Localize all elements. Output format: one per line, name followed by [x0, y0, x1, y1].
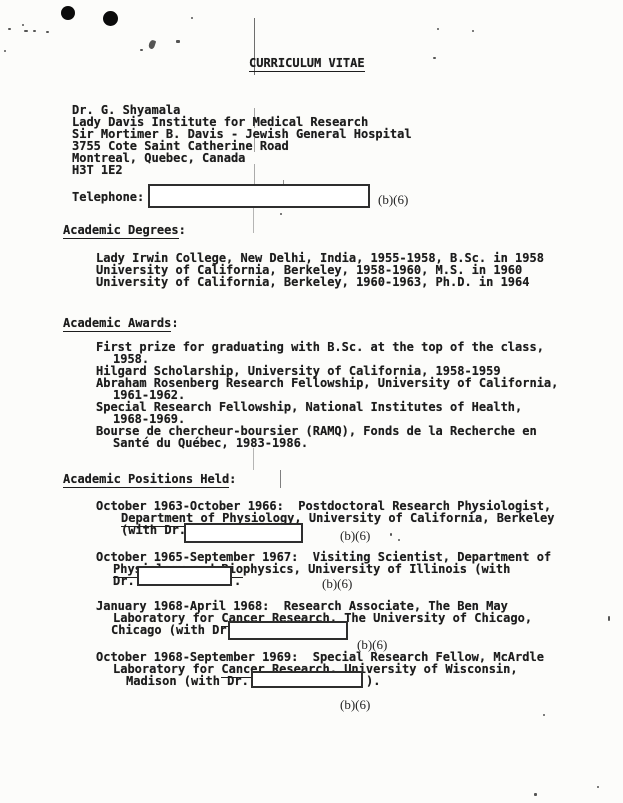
scan-speck	[140, 49, 143, 51]
scan-speck	[433, 57, 436, 59]
redaction-box	[251, 671, 363, 688]
scan-speck	[472, 30, 474, 32]
redaction-box	[148, 184, 370, 208]
document-title: CURRICULUM VITAE	[249, 57, 365, 69]
fold-crease-line	[280, 470, 281, 488]
scan-speck	[543, 714, 545, 716]
scan-speck	[24, 30, 28, 32]
redaction-box	[137, 566, 232, 586]
ink-blob-dot	[61, 6, 75, 20]
scan-speck	[191, 17, 193, 19]
award-entry: First prize for graduating with B.Sc. at…	[96, 341, 544, 353]
cv-document-page: CURRICULUM VITAEDr. G. ShyamalaLady Davi…	[0, 0, 623, 803]
position-entry-continuation: (with Dr.	[121, 524, 186, 536]
position-entry-continuation: Chicago (with Dr	[111, 624, 227, 636]
scan-speck	[176, 40, 180, 43]
foia-exemption-stamp: (b)(6)	[322, 577, 352, 590]
section-heading-awards: Academic Awards:	[63, 317, 179, 329]
award-entry-continuation: Santé du Québec, 1983-1986.	[113, 437, 308, 449]
telephone-label: Telephone:	[72, 191, 144, 203]
fold-crease-line	[253, 448, 254, 470]
degree-entry: University of California, Berkeley, 1960…	[96, 276, 529, 288]
redaction-box	[228, 621, 348, 640]
scan-speck	[608, 616, 610, 621]
redaction-box	[184, 523, 303, 543]
scan-speck	[398, 539, 400, 541]
foia-exemption-stamp: (b)(6)	[357, 638, 387, 651]
scan-speck	[280, 213, 282, 215]
address-line: H3T 1E2	[72, 164, 123, 176]
fold-crease-line	[254, 164, 255, 186]
foia-exemption-stamp: (b)(6)	[340, 529, 370, 542]
scan-speck	[148, 39, 156, 49]
section-heading-positions: Academic Positions Held:	[63, 473, 236, 485]
foia-exemption-stamp: (b)(6)	[340, 698, 370, 711]
position-entry-continuation: Madison (with Dr.	[126, 675, 249, 687]
scan-speck	[597, 786, 599, 788]
scan-speck	[4, 50, 6, 52]
scan-speck	[437, 28, 439, 30]
ink-blob-dot	[103, 11, 118, 26]
scan-speck	[33, 30, 36, 32]
scan-speck	[22, 24, 24, 26]
position-entry-continuation: ).	[366, 675, 380, 687]
position-entry-continuation: .	[234, 575, 241, 587]
section-heading-degrees: Academic Degrees:	[63, 224, 186, 236]
foia-exemption-stamp: (b)(6)	[378, 193, 408, 206]
scan-speck	[46, 31, 49, 33]
scan-speck	[534, 793, 537, 796]
position-entry-continuation: Dr.	[113, 575, 135, 587]
scan-speck	[390, 533, 392, 536]
scan-speck	[8, 28, 11, 30]
